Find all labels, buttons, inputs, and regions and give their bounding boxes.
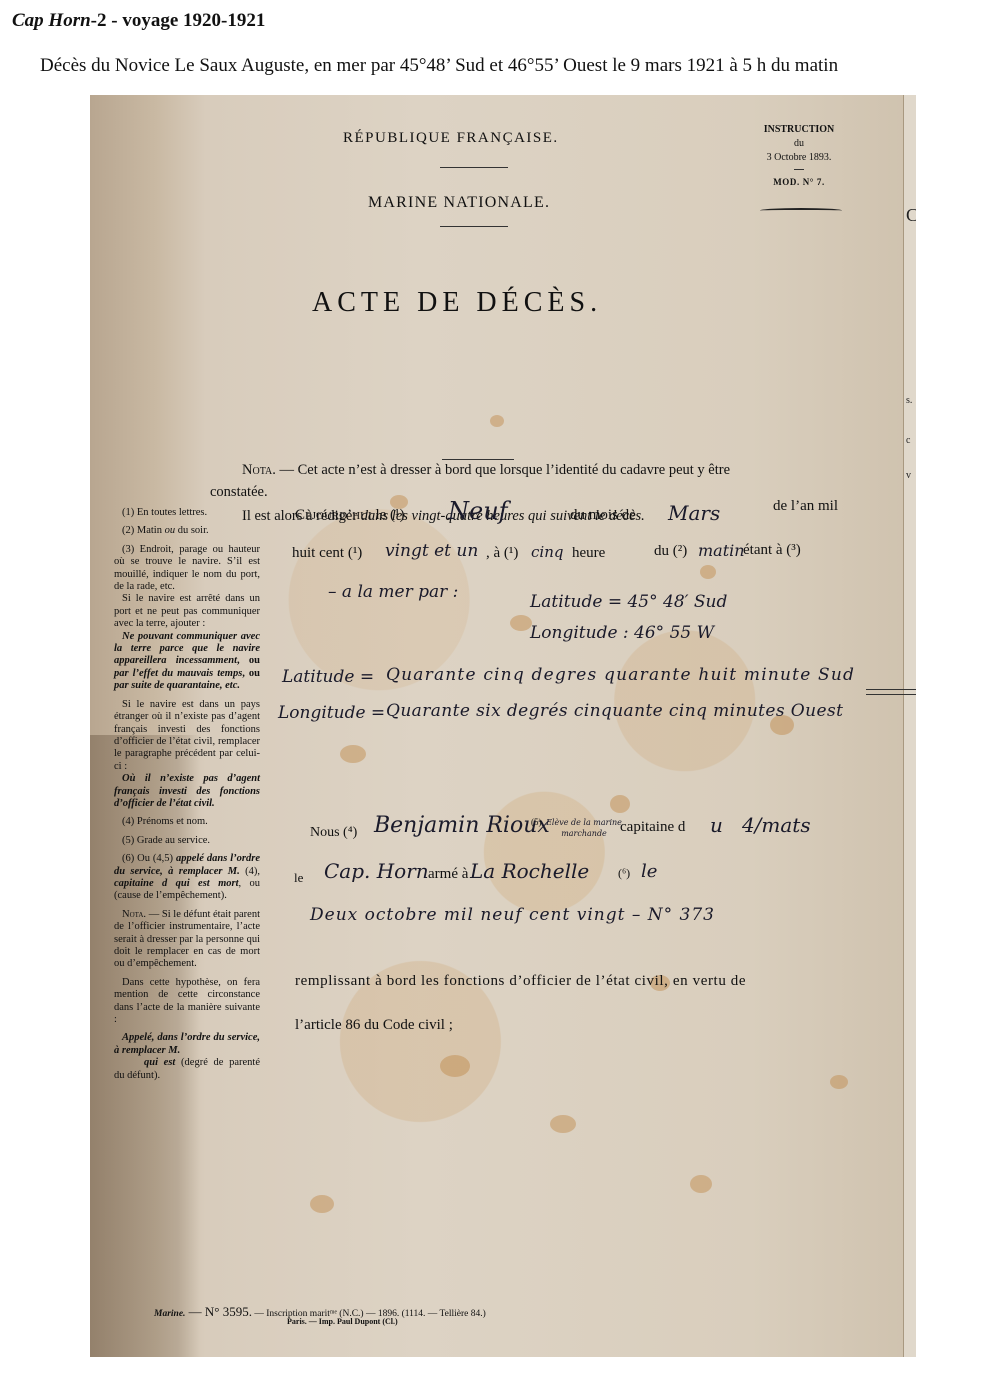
handwritten-port: La Rochelle <box>470 859 589 883</box>
handwritten-longitude-label: Longitude = <box>278 703 385 723</box>
de-lan-mil-label: de l’an mil <box>773 498 838 515</box>
grade-ref: (5) <box>531 817 542 827</box>
note-3c-or2: , ou <box>242 668 260 679</box>
foxing-spot <box>830 1075 848 1089</box>
capitaine-label: capitaine d <box>620 819 685 836</box>
arme-a-label: armé à <box>428 866 468 883</box>
foxing-spot <box>690 1175 712 1193</box>
ship-name: Cap Horn <box>12 10 91 31</box>
instruction-du: du <box>754 137 844 151</box>
note-2-or: ou <box>165 525 176 536</box>
etant-a-label: étant à (³) <box>743 542 801 559</box>
note-qui-est: qui est <box>144 1057 175 1068</box>
document-title: ACTE DE DÉCÈS. <box>312 287 602 319</box>
document-photo: C s. c v RÉPUBLIQUE FRANÇAISE. MARINE NA… <box>90 95 916 1357</box>
article-text: l’article 86 du Code civil ; <box>295 1017 453 1034</box>
page-subtitle: Décès du Novice Le Saux Auguste, en mer … <box>40 55 838 77</box>
foxing-spot <box>510 615 532 631</box>
adjacent-sheet-edge: C s. c v <box>903 95 916 1357</box>
double-underline <box>866 689 916 695</box>
instruction-date: 3 Octobre 1893. <box>754 151 844 165</box>
ref-6: (⁶) <box>618 866 630 881</box>
du-mois-label: du mois de <box>570 507 636 524</box>
divider <box>440 226 508 227</box>
margin-notes: (1) En toutes lettres. (2) Matin ou du s… <box>114 507 260 1082</box>
foxing-spot <box>610 795 630 813</box>
divider <box>442 459 514 460</box>
foxing-spot <box>340 745 366 763</box>
note-1: (1) En toutes lettres. <box>122 507 207 518</box>
instruction-reference: INSTRUCTION du 3 Octobre 1893. MOD. N° 7… <box>754 123 844 189</box>
handwritten-month: Mars <box>668 501 720 525</box>
note-6-capitaine: capitaine d <box>114 878 167 889</box>
note-3b: Si le navire est arrêté dans un port et … <box>114 593 260 629</box>
handwritten-longitude-short: Longitude : 46° 55 W <box>530 623 714 643</box>
printer-imprint: Paris. — Imp. Paul Dupont (Cl.) <box>287 1317 398 1326</box>
divider <box>794 169 804 170</box>
handwritten-armament-date: Deux octobre mil neuf cent vingt – N° 37… <box>310 905 715 925</box>
note-3c-weather: par l’effet du mauvais temps <box>114 668 242 679</box>
handwritten-le: le <box>641 861 657 882</box>
footer-marine: Marine. <box>154 1309 185 1319</box>
nota-text: — Cet acte n’est à dresser à bord que lo… <box>210 462 730 500</box>
note-3e: Où il n’existe pas d’agent français inve… <box>114 773 260 809</box>
huit-cent-label: huit cent (¹) <box>292 545 362 562</box>
divider <box>440 167 508 168</box>
note-3d: Si le navire est dans un pays étranger o… <box>114 699 260 772</box>
note-6-mort: qui est mort <box>176 878 239 889</box>
model-number: MOD. N° 7. <box>754 175 844 189</box>
handwritten-place: – a la mer par : <box>328 582 458 602</box>
republique-heading: RÉPUBLIQUE FRANÇAISE. <box>343 130 559 147</box>
handwritten-hour: cinq <box>531 543 563 561</box>
note-2-end: du soir. <box>175 525 209 536</box>
note-3: (3) Endroit, parage ou hauteur où se tro… <box>114 544 260 592</box>
heure-label: heure <box>572 545 605 562</box>
foxing-spot <box>310 1195 334 1213</box>
voyage-label: -2 - voyage 1920-1921 <box>91 10 266 31</box>
foxing-spot <box>440 1055 470 1077</box>
handwritten-latitude-label: Latitude = <box>282 667 374 687</box>
note-6: (6) Ou (4,5) <box>122 853 176 864</box>
handwritten-grade: Elève de la marine marchande <box>544 817 624 839</box>
handwritten-ship-name: Cap. Horn <box>324 859 429 883</box>
foxing-spot <box>550 1115 576 1133</box>
note-6-ref: (4), <box>240 866 260 877</box>
a-label: , à (¹) <box>486 545 518 562</box>
du-period-label: du (²) <box>654 543 687 560</box>
foxing-spot <box>490 415 504 427</box>
note-2: (2) Matin <box>122 525 165 536</box>
note-hypothese: Dans cette hypothèse, on fera mention de… <box>114 977 260 1025</box>
handwritten-latitude-words: Quarante cinq degres quarante huit minut… <box>386 665 855 685</box>
foxing-spot <box>700 565 716 579</box>
note-degre: (degré de parenté du défunt). <box>114 1057 260 1080</box>
cejourdhui-label: Cejourd’hui <box>295 507 372 523</box>
form-line-date: Cejourd’hui le (¹) <box>295 507 405 524</box>
handwritten-ship-type: u 4/mats <box>710 813 811 837</box>
handwritten-period: matin <box>698 541 745 560</box>
handwritten-day: Neuf <box>448 497 508 525</box>
note-appele: Appelé, dans l’ordre du service, à rempl… <box>114 1032 260 1055</box>
nota-label: Nota. <box>242 462 276 478</box>
ornamental-rule <box>760 208 842 213</box>
handwritten-year: vingt et un <box>385 541 478 561</box>
le-label: le (¹) <box>372 507 405 523</box>
handwritten-latitude-short: Latitude = 45° 48′ Sud <box>530 592 727 612</box>
handwritten-longitude-words: Quarante six degrés cinquante cinq minut… <box>386 701 843 721</box>
remplissant-text: remplissant à bord les fonctions d’offic… <box>295 973 746 990</box>
page-title: Cap Horn-2 - voyage 1920-1921 <box>12 10 265 32</box>
marine-heading: MARINE NATIONALE. <box>368 194 550 212</box>
note-nota-label: Nota. <box>122 909 146 920</box>
footer-number: — N° 3595. <box>185 1304 252 1319</box>
instruction-label: INSTRUCTION <box>754 123 844 137</box>
le-label: le <box>294 870 303 886</box>
note-4: (4) Prénoms et nom. <box>122 816 208 827</box>
note-3c-quarantine: par suite de quarantaine, etc. <box>114 680 240 691</box>
note-3c-or: , ou <box>237 655 260 666</box>
handwritten-captain-name: Benjamin Rioux <box>374 813 550 838</box>
nous-label: Nous (⁴) <box>310 825 357 841</box>
note-5: (5) Grade au service. <box>122 835 210 846</box>
